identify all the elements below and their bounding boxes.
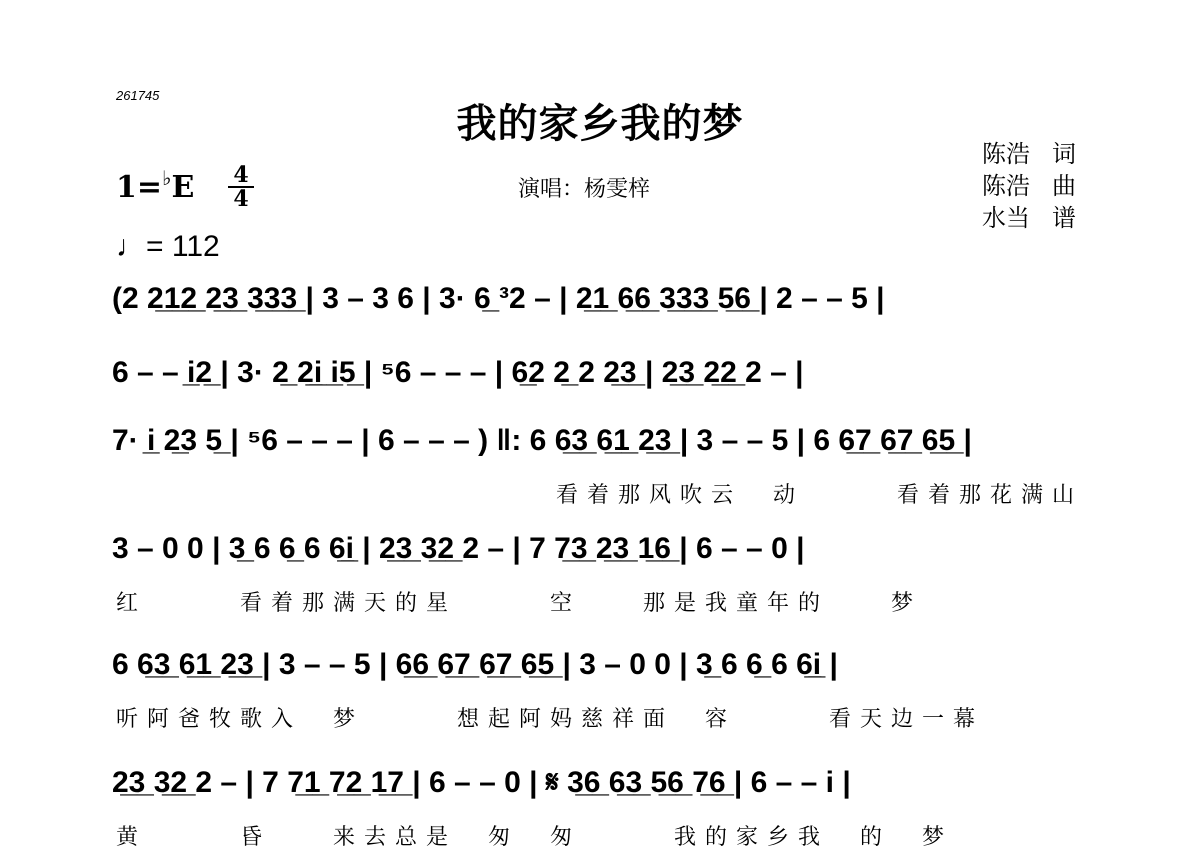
- score-row-2: 6 – – i̲2̲ | 3· 2̲ 2̲i̲ i̲5̲ | ⁵6 – – – …: [112, 356, 1092, 416]
- score-row-1: (2 2̲1̲2̲ 2̲3̲ 3̲3̲3̲ | 3 – 3 6 | 3· 6̲ …: [112, 282, 1092, 342]
- quarter-note-icon: ♩: [116, 230, 146, 263]
- time-signature-top: 4: [228, 164, 254, 188]
- notation-line: (2 2̲1̲2̲ 2̲3̲ 3̲3̲3̲ | 3 – 3 6 | 3· 6̲ …: [112, 282, 885, 316]
- key-prefix: 1=: [116, 170, 162, 205]
- singer: 演唱：杨雯梓: [518, 172, 650, 203]
- credit-transcriber: 水当谱: [982, 202, 1076, 234]
- time-signature-bottom: 4: [228, 188, 254, 210]
- lyrics-line: 看着那风吹云 动 看着那花满山: [556, 478, 1083, 509]
- lyrics-line: 红 看着那满天的星 空 那是我童年的 梦: [116, 586, 922, 617]
- score-row-5: 6 6̲3̲ 6̲1̲ 2̲3̲ | 3 – – 5 | 6̲6̲ 6̲7̲ 6…: [112, 648, 1092, 708]
- key-signature: 1=♭E: [116, 166, 194, 205]
- tempo-marking: ♩= 112: [116, 230, 220, 264]
- credits: 陈浩词 陈浩曲 水当谱: [982, 138, 1076, 234]
- notation-line: 2̲3̲ 3̲2̲ 2 – | 7 7̲1̲ 7̲2̲ 1̲7̲ | 6 – –…: [112, 766, 851, 800]
- score-row-3: 7· i̲ 2̲3 5̲ | ⁵6 – – – | 6 – – – ) ‖: 6…: [112, 424, 1092, 484]
- credit-composer: 陈浩曲: [982, 170, 1076, 202]
- notation-line: 7· i̲ 2̲3 5̲ | ⁵6 – – – | 6 – – – ) ‖: 6…: [112, 424, 972, 458]
- score-row-4: 3 – 0 0 | 3̲ 6 6̲ 6 6̲i̲ | 2̲3̲ 3̲2̲ 2 –…: [112, 532, 1092, 592]
- notation-line: 6 6̲3̲ 6̲1̲ 2̲3̲ | 3 – – 5 | 6̲6̲ 6̲7̲ 6…: [112, 648, 838, 682]
- credit-lyricist: 陈浩词: [982, 138, 1076, 170]
- lyrics-line: 听阿爸牧歌入 梦 想起阿妈慈祥面 容 看天边一幕: [116, 702, 984, 733]
- score-row-6: 2̲3̲ 3̲2̲ 2 – | 7 7̲1̲ 7̲2̲ 1̲7̲ | 6 – –…: [112, 766, 1092, 826]
- key-note: E: [171, 170, 194, 205]
- time-signature: 4 4: [228, 164, 254, 210]
- lyrics-line: 黄 昏 来去总是 匆 匆 我的家乡我 的 梦: [116, 820, 953, 850]
- notation-line: 3 – 0 0 | 3̲ 6 6̲ 6 6̲i̲ | 2̲3̲ 3̲2̲ 2 –…: [112, 532, 804, 566]
- notation-line: 6 – – i̲2̲ | 3· 2̲ 2̲i̲ i̲5̲ | ⁵6 – – – …: [112, 356, 804, 390]
- tempo-value: = 112: [146, 230, 220, 263]
